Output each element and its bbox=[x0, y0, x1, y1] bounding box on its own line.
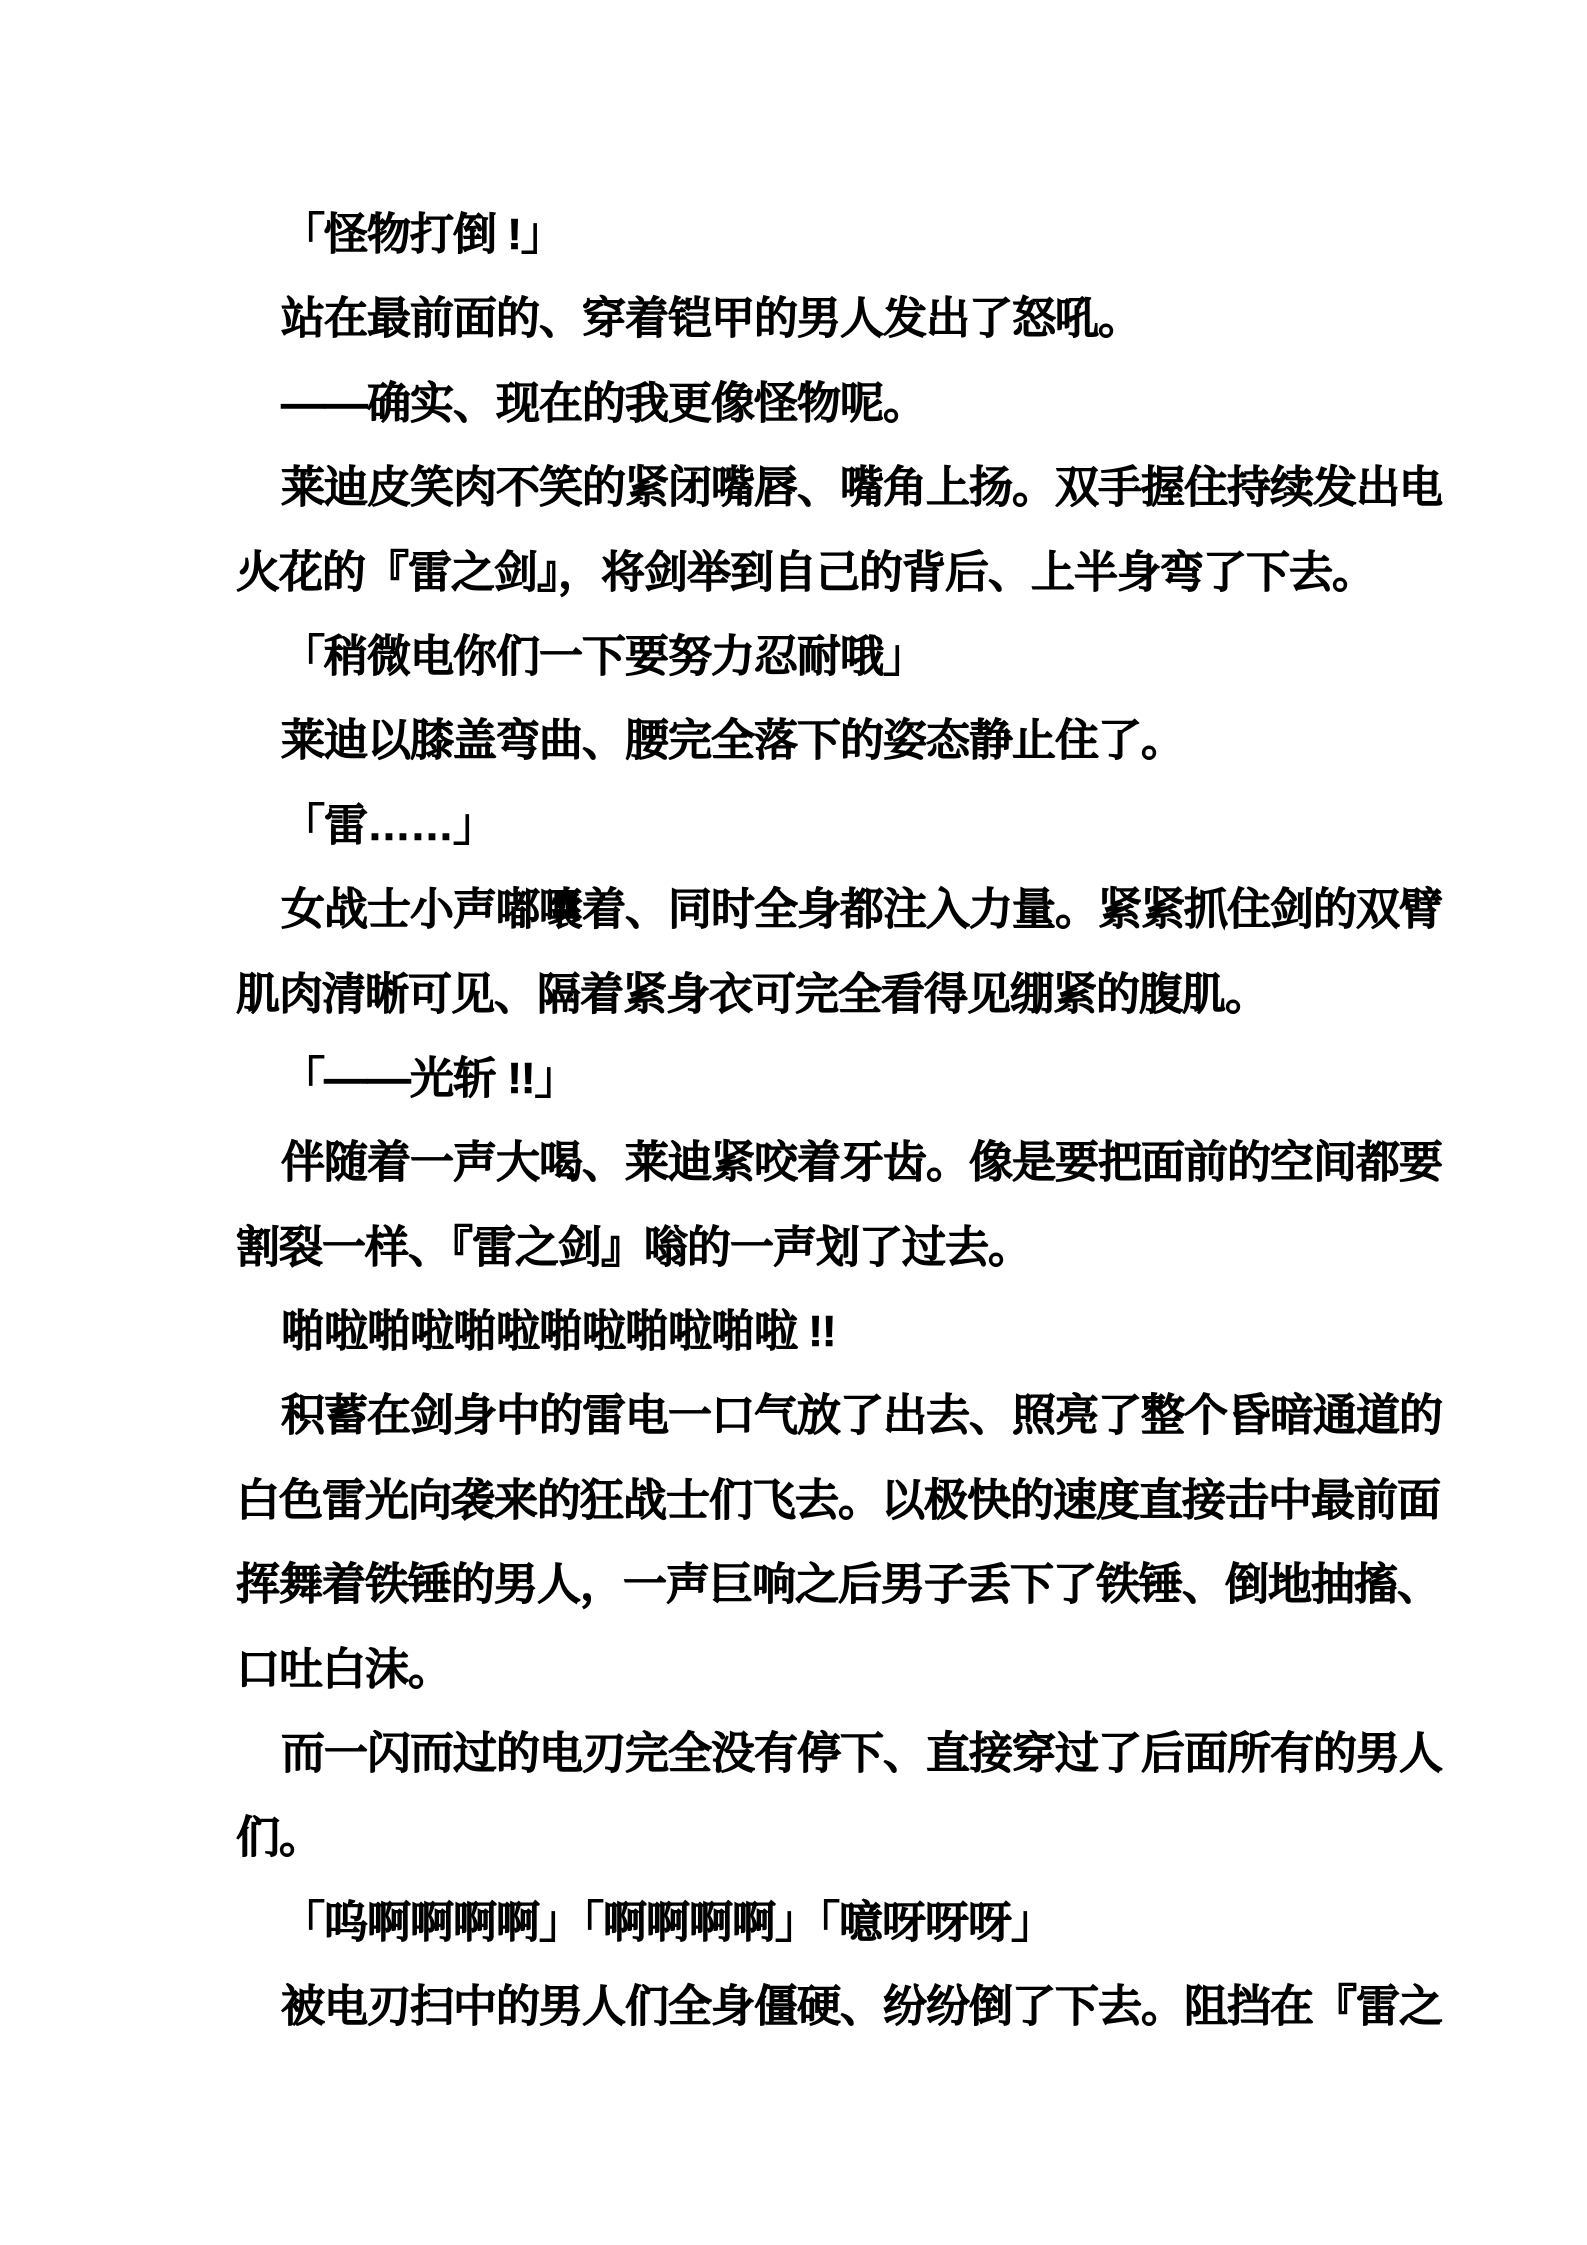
text-line: 被电刃扫中的男人们全身僵硬、纷纷倒了下去。阻挡在『雷之 bbox=[236, 1965, 1477, 2049]
text-line: 站在最前面的、穿着铠甲的男人发出了怒吼。 bbox=[236, 277, 1477, 361]
text-line: 莱迪皮笑肉不笑的紧闭嘴唇、嘴角上扬。双手握住持续发出电 bbox=[236, 446, 1477, 530]
text-line: 挥舞着铁锤的男人，一声巨响之后男子丢下了铁锤、倒地抽搐、 bbox=[236, 1543, 1477, 1627]
text-line: 口吐白沫。 bbox=[236, 1628, 1477, 1712]
text-line: 「雷……」 bbox=[236, 784, 1477, 868]
text-line: 「怪物打倒 !」 bbox=[236, 193, 1477, 277]
text-line: 伴随着一声大喝、莱迪紧咬着牙齿。像是要把面前的空间都要 bbox=[236, 1121, 1477, 1205]
text-line: 啪啦啪啦啪啦啪啦啪啦啪啦 !! bbox=[236, 1290, 1477, 1374]
text-line: 莱迪以膝盖弯曲、腰完全落下的姿态静止住了。 bbox=[236, 699, 1477, 783]
text-line: 而一闪而过的电刃完全没有停下、直接穿过了后面所有的男人 bbox=[236, 1712, 1477, 1796]
novel-text-block: 「怪物打倒 !」站在最前面的、穿着铠甲的男人发出了怒吼。——确实、现在的我更像怪… bbox=[236, 193, 1477, 2050]
text-line: 「——光斩 !!」 bbox=[236, 1037, 1477, 1121]
text-line: 「稍微电你们一下要努力忍耐哦」 bbox=[236, 615, 1477, 699]
text-line: 「呜啊啊啊啊」「啊啊啊啊」「噫呀呀呀」 bbox=[236, 1881, 1477, 1965]
text-line: 白色雷光向袭来的狂战士们飞去。以极快的速度直接击中最前面 bbox=[236, 1459, 1477, 1543]
text-line: 割裂一样、『雷之剑』嗡的一声划了过去。 bbox=[236, 1206, 1477, 1290]
text-line: ——确实、现在的我更像怪物呢。 bbox=[236, 362, 1477, 446]
text-line: 火花的『雷之剑』，将剑举到自己的背后、上半身弯了下去。 bbox=[236, 531, 1477, 615]
document-page: 「怪物打倒 !」站在最前面的、穿着铠甲的男人发出了怒吼。——确实、现在的我更像怪… bbox=[0, 0, 1587, 2245]
text-line: 们。 bbox=[236, 1796, 1477, 1880]
text-line: 女战士小声嘟囔着、同时全身都注入力量。紧紧抓住剑的双臂 bbox=[236, 868, 1477, 952]
text-line: 肌肉清晰可见、隔着紧身衣可完全看得见绷紧的腹肌。 bbox=[236, 953, 1477, 1037]
text-line: 积蓄在剑身中的雷电一口气放了出去、照亮了整个昏暗通道的 bbox=[236, 1374, 1477, 1458]
